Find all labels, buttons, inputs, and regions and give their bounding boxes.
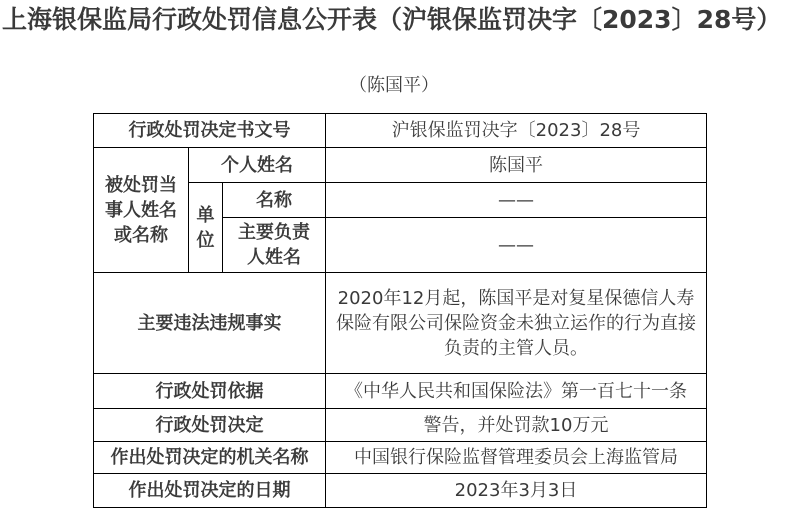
doc-number-value: 沪银保监罚决字〔2023〕28号 <box>326 114 707 148</box>
row-basis: 行政处罚依据 《中华人民共和国保险法》第一百七十一条 <box>94 374 707 409</box>
penalty-table: 行政处罚决定书文号 沪银保监罚决字〔2023〕28号 被处罚当 事人姓名 或名称… <box>93 113 707 508</box>
party-label: 被处罚当 事人姓名 或名称 <box>94 148 189 273</box>
page-subtitle: （陈国平） <box>0 75 788 97</box>
facts-label: 主要违法违规事实 <box>94 273 326 374</box>
row-date: 作出处罚决定的日期 2023年3月3日 <box>94 474 707 508</box>
authority-label: 作出处罚决定的机关名称 <box>94 442 326 474</box>
org-head-value: —— <box>326 218 707 273</box>
basis-label: 行政处罚依据 <box>94 374 326 409</box>
row-authority: 作出处罚决定的机关名称 中国银行保险监督管理委员会上海监管局 <box>94 442 707 474</box>
org-name-label: 名称 <box>223 183 326 218</box>
org-head-label: 主要负责 人姓名 <box>223 218 326 273</box>
row-doc-number: 行政处罚决定书文号 沪银保监罚决字〔2023〕28号 <box>94 114 707 148</box>
row-decision: 行政处罚决定 警告，并处罚款10万元 <box>94 409 707 442</box>
doc-number-label: 行政处罚决定书文号 <box>94 114 326 148</box>
facts-value: 2020年12月起，陈国平是对复星保德信人寿保险有限公司保险资金未独立运作的行为… <box>326 273 707 374</box>
person-name-label: 个人姓名 <box>189 148 326 183</box>
org-label: 单 位 <box>189 183 223 273</box>
row-facts: 主要违法违规事实 2020年12月起，陈国平是对复星保德信人寿保险有限公司保险资… <box>94 273 707 374</box>
person-name-value: 陈国平 <box>326 148 707 183</box>
authority-value: 中国银行保险监督管理委员会上海监管局 <box>326 442 707 474</box>
org-name-value: —— <box>326 183 707 218</box>
date-label: 作出处罚决定的日期 <box>94 474 326 508</box>
date-value: 2023年3月3日 <box>326 474 707 508</box>
decision-label: 行政处罚决定 <box>94 409 326 442</box>
basis-value: 《中华人民共和国保险法》第一百七十一条 <box>326 374 707 409</box>
page-title: 上海银保监局行政处罚信息公开表（沪银保监罚决字〔2023〕28号） <box>0 0 788 35</box>
penalty-disclosure-page: 上海银保监局行政处罚信息公开表（沪银保监罚决字〔2023〕28号） （陈国平） … <box>0 0 788 510</box>
decision-value: 警告，并处罚款10万元 <box>326 409 707 442</box>
row-person-name: 被处罚当 事人姓名 或名称 个人姓名 陈国平 <box>94 148 707 183</box>
